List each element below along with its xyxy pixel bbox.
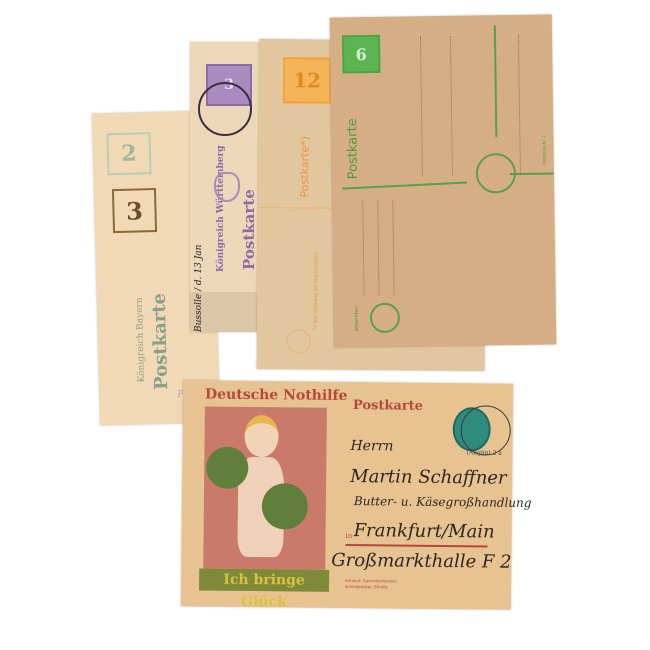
stamp-3-pfennig: 3	[112, 188, 157, 233]
stamp-orange: 12	[283, 57, 331, 103]
nothilfe-postmark	[460, 405, 511, 456]
nothilfe-picture-panel	[203, 407, 327, 570]
orange-fine-print: *) Nur zulässig für Nachrichten...	[313, 248, 320, 330]
wurttemberg-handwriting: Bussolle / d. 13 Jan	[194, 245, 204, 332]
nothilfe-card-title: Postkarte	[353, 398, 423, 414]
wurttemberg-coat-of-arms-icon	[214, 172, 240, 202]
address-underline	[345, 544, 487, 547]
green-title: Postkarte	[345, 118, 361, 179]
bavaria-header: Königreich Bayern	[135, 297, 147, 382]
green-divider-vertical	[494, 25, 498, 137]
stamp-2-pfennig: 2	[106, 132, 151, 175]
clover-icon	[262, 483, 308, 529]
nothilfe-banner-title: Deutsche Nothilfe	[205, 387, 348, 404]
green-sender-label: Absender:	[354, 306, 360, 331]
stamp-green: 6	[342, 35, 381, 74]
green-divider-horizontal	[342, 181, 467, 189]
wurttemberg-kingdom: Königreich Württemberg	[216, 145, 226, 272]
address-line-2: Martin Schaffner	[350, 466, 507, 489]
address-line-4: Frankfurt/Main	[354, 520, 495, 542]
address-prefix: in	[346, 532, 353, 540]
green-form-code: Postkarte Nr. 2	[541, 135, 546, 164]
green-postcard: 6 Postkarte Absender: Postkarte Nr. 2	[330, 14, 557, 347]
clover-icon	[206, 447, 248, 489]
nothilfe-postcard: Deutsche Nothilfe Ich bringe Glück Postk…	[181, 380, 513, 609]
nothilfe-postmark-district: (Allgäu) 2 a	[466, 449, 501, 456]
green-circle-main	[476, 153, 517, 194]
nothilfe-slogan: Ich bringe Glück	[199, 568, 329, 591]
orange-title: Postkarte*)	[298, 136, 312, 197]
address-line-3: Butter- u. Käsegroßhandlung	[354, 494, 532, 510]
printer-note: Entwurf: Sammlermeister, Scheidstetter, …	[345, 578, 425, 591]
postmark-leutkirch	[198, 82, 252, 136]
address-line-1: Herrn	[350, 438, 393, 454]
green-divider-horizontal-right	[510, 172, 554, 175]
wurttemberg-title: Postkarte	[240, 189, 258, 270]
bavaria-title: Postkarte	[149, 293, 173, 390]
child-figure	[244, 415, 278, 457]
green-circle-sender	[370, 303, 400, 333]
address-line-5: Großmarkthalle F 2	[331, 550, 511, 573]
orange-circle	[287, 329, 311, 353]
